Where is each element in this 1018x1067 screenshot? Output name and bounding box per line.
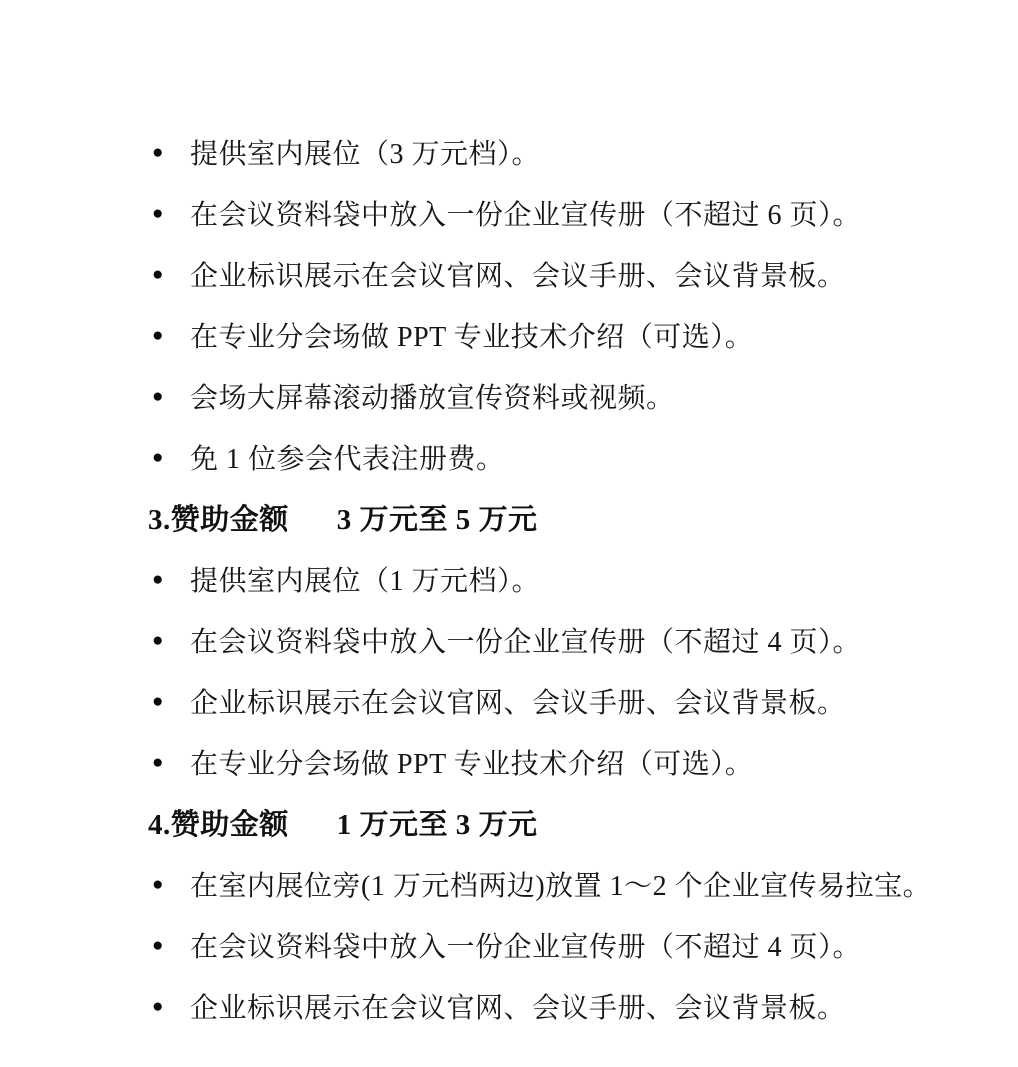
bullet-item: ● 在会议资料袋中放入一份企业宣传册（不超过 6 页）。 [0, 182, 1018, 243]
bullet-icon: ● [152, 570, 190, 589]
bullet-item: ● 提供室内展位（1 万元档）。 [0, 548, 1018, 609]
bullet-item: ● 免 1 位参会代表注册费。 [0, 426, 1018, 487]
bullet-icon: ● [152, 326, 190, 345]
section-heading-3: 3.赞助金额 3 万元至 5 万元 [0, 487, 1018, 548]
heading-number-label: 4.赞助金额 [148, 802, 289, 843]
bullet-icon: ● [152, 265, 190, 284]
bullet-icon: ● [152, 753, 190, 772]
bullet-icon: ● [152, 875, 190, 894]
bullet-item: ● 提供室内展位（3 万元档）。 [0, 121, 1018, 182]
bullet-text: 企业标识展示在会议官网、会议手册、会议背景板。 [190, 986, 846, 1026]
bullet-item: ● 在室内展位旁(1 万元档两边)放置 1～2 个企业宣传易拉宝。 [0, 853, 1018, 914]
bullet-item: ● 企业标识展示在会议官网、会议手册、会议背景板。 [0, 670, 1018, 731]
bullet-text: 在会议资料袋中放入一份企业宣传册（不超过 4 页）。 [190, 620, 861, 660]
bullet-item: ● 企业标识展示在会议官网、会议手册、会议背景板。 [0, 243, 1018, 304]
bullet-icon: ● [152, 448, 190, 467]
bullet-item: ● 企业标识展示在会议官网、会议手册、会议背景板。 [0, 975, 1018, 1036]
bullet-icon: ● [152, 143, 190, 162]
heading-number-label: 3.赞助金额 [148, 497, 289, 538]
bullet-icon: ● [152, 936, 190, 955]
bullet-text: 在会议资料袋中放入一份企业宣传册（不超过 4 页）。 [190, 925, 861, 965]
bullet-text: 在室内展位旁(1 万元档两边)放置 1～2 个企业宣传易拉宝。 [190, 864, 931, 904]
heading-amount: 1 万元至 3 万元 [337, 802, 538, 843]
bullet-text: 企业标识展示在会议官网、会议手册、会议背景板。 [190, 254, 846, 294]
bullet-item: ● 会场大屏幕滚动播放宣传资料或视频。 [0, 365, 1018, 426]
bullet-item: ● 在会议资料袋中放入一份企业宣传册（不超过 4 页）。 [0, 914, 1018, 975]
bullet-text: 企业标识展示在会议官网、会议手册、会议背景板。 [190, 681, 846, 721]
bullet-text: 提供室内展位（3 万元档）。 [190, 132, 540, 172]
heading-amount: 3 万元至 5 万元 [337, 497, 538, 538]
bullet-text: 会场大屏幕滚动播放宣传资料或视频。 [190, 376, 675, 416]
bullet-item: ● 在专业分会场做 PPT 专业技术介绍（可选）。 [0, 304, 1018, 365]
bullet-text: 提供室内展位（1 万元档）。 [190, 559, 540, 599]
bullet-text: 在会议资料袋中放入一份企业宣传册（不超过 6 页）。 [190, 193, 861, 233]
bullet-icon: ● [152, 692, 190, 711]
bullet-text: 免 1 位参会代表注册费。 [190, 437, 505, 477]
bullet-icon: ● [152, 204, 190, 223]
bullet-item: ● 在专业分会场做 PPT 专业技术介绍（可选）。 [0, 731, 1018, 792]
section-heading-4: 4.赞助金额 1 万元至 3 万元 [0, 792, 1018, 853]
bullet-icon: ● [152, 631, 190, 650]
bullet-icon: ● [152, 997, 190, 1016]
document-page: ● 提供室内展位（3 万元档）。 ● 在会议资料袋中放入一份企业宣传册（不超过 … [0, 0, 1018, 1067]
bullet-text: 在专业分会场做 PPT 专业技术介绍（可选）。 [190, 315, 753, 355]
bullet-icon: ● [152, 387, 190, 406]
bullet-item: ● 在会议资料袋中放入一份企业宣传册（不超过 4 页）。 [0, 609, 1018, 670]
bullet-text: 在专业分会场做 PPT 专业技术介绍（可选）。 [190, 742, 753, 782]
